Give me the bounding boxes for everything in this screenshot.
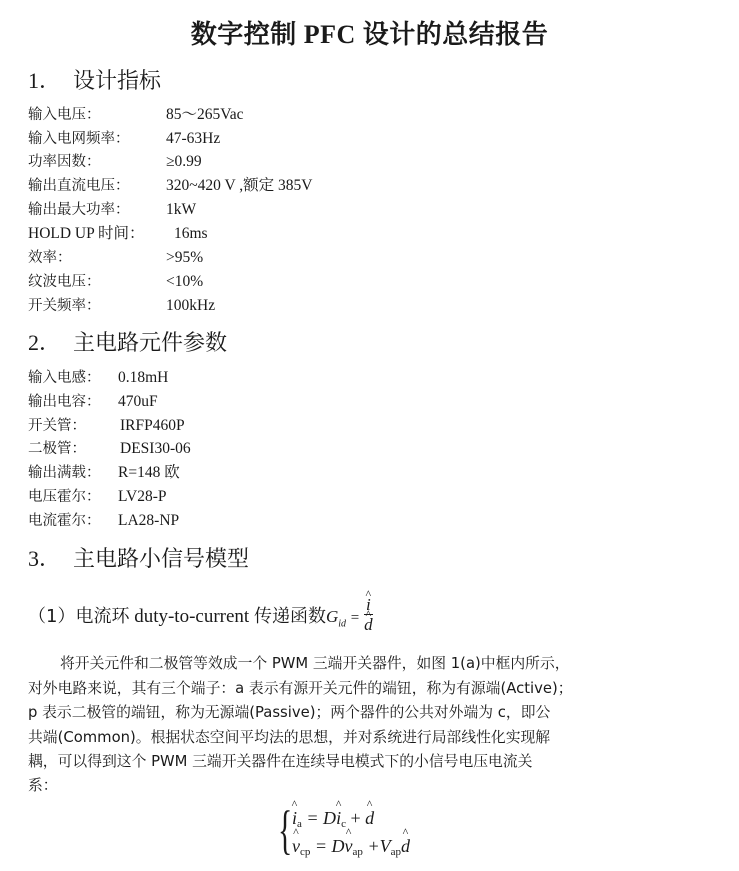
formula-fraction: i d [364, 596, 373, 635]
section2-heading-text: 主电路元件参数 [73, 331, 227, 356]
spec-row: 输入电网频率：47-63Hz [28, 128, 130, 150]
spec-row: 功率因数：≥0.99 [28, 151, 101, 173]
eq1-mid: i [336, 808, 341, 829]
title-zh-part2: 设计的总结报告 [363, 20, 549, 49]
param-value: 0.18mH [118, 367, 168, 389]
formula-equals: = [351, 610, 359, 626]
spec-value: >95% [166, 247, 203, 269]
spec-label: 开关频率： [28, 295, 101, 317]
formula-sub: id [338, 618, 346, 629]
title-zh-part1: 数字控制 [191, 20, 297, 49]
spec-row: 输入电压：85～265Vac [28, 104, 101, 126]
eq2-mid: v [345, 836, 353, 857]
param-row: 二极管：DESI30-06 [28, 438, 86, 460]
spec-row: 效率：>95% [28, 247, 72, 269]
param-value: IRFP460P [120, 415, 185, 437]
param-value: DESI30-06 [120, 438, 191, 460]
eq2-plus: +V [363, 836, 391, 856]
spec-label: 输入电网频率： [28, 128, 130, 150]
param-label: 输出电容： [28, 391, 101, 413]
brace-symbol: { [278, 800, 292, 860]
paragraph-line: 将开关元件和二极管等效成一个 PWM 三端开关器件，如图 1(a)中框内所示， [28, 652, 718, 677]
section2-heading: 2．主电路元件参数 [28, 326, 227, 357]
spec-label: 纹波电压： [28, 271, 101, 293]
spec-row: 纹波电压：<10% [28, 271, 101, 293]
param-row: 输入电感：0.18mH [28, 367, 101, 389]
eq2-lhs: v [292, 836, 300, 857]
document-title: 数字控制 PFC 设计的总结报告 [0, 14, 739, 51]
section3-heading: 3．主电路小信号模型 [28, 542, 249, 573]
spec-row: HOLD UP 时间：16ms [28, 223, 145, 245]
section2-number: 2． [28, 330, 61, 355]
param-row: 输出满载：R=148 欧 [28, 462, 101, 484]
section1-heading-text: 设计指标 [73, 69, 161, 94]
spec-row: 输出直流电压：320~420 V ,额定 385V [28, 175, 130, 197]
subsection-suffix: 传递函数 [254, 606, 326, 627]
spec-value: 16ms [174, 223, 208, 245]
paragraph-text: 系： [28, 777, 58, 794]
paragraph-text: 耦，可以得到这个 PWM 三端开关器件在连续导电模式下的小信号电压电流关 [28, 753, 532, 770]
spec-label: 输出直流电压： [28, 175, 130, 197]
spec-label: 输出最大功率： [28, 199, 130, 221]
paragraph-text: 共端(Common)。根据状态空间平均法的思想，并对系统进行局部线性化实现解 [28, 729, 550, 746]
param-label: 电压霍尔： [28, 486, 101, 508]
title-en-part: PFC [304, 20, 356, 49]
paragraph-line: p 表示二极管的端钮，称为无源端(Passive)；两个器件的公共对外端为 c，… [28, 701, 718, 726]
param-row: 输出电容：470uF [28, 391, 101, 413]
spec-row: 开关频率：100kHz [28, 295, 101, 317]
spec-row: 输出最大功率：1kW [28, 199, 130, 221]
subsection-prefix: （1）电流环 [28, 606, 129, 627]
param-label: 输出满载： [28, 462, 101, 484]
eq2-lhs-sub: cp [300, 846, 310, 858]
spec-label: 功率因数： [28, 151, 101, 173]
equation-2: vcp = Dvap +Vapd [292, 836, 410, 858]
formula-denominator: d [364, 615, 373, 635]
eq1-equals: = D [302, 808, 336, 828]
equation-1: ia = Dic + d [292, 808, 374, 830]
param-label: 二极管： [28, 438, 86, 460]
param-value: 470uF [118, 391, 158, 413]
eq2-end: d [401, 836, 410, 857]
spec-value: 85～265Vac [166, 104, 244, 126]
transfer-function-label: Gid [326, 607, 346, 626]
formula-g: G [326, 607, 338, 626]
param-row: 电流霍尔：LA28-NP [28, 510, 101, 532]
param-value: LA28-NP [118, 510, 179, 532]
section3-heading-text: 主电路小信号模型 [73, 547, 249, 572]
paragraph-line: 耦，可以得到这个 PWM 三端开关器件在连续导电模式下的小信号电压电流关 [28, 750, 718, 775]
spec-label: HOLD UP 时间： [28, 223, 145, 245]
paragraph-text: 将开关元件和二极管等效成一个 PWM 三端开关器件，如图 1(a)中框内所示， [60, 655, 570, 672]
spec-value: 47-63Hz [166, 128, 220, 150]
paragraph-line: 共端(Common)。根据状态空间平均法的思想，并对系统进行局部线性化实现解 [28, 726, 718, 751]
param-value: LV28-P [118, 486, 167, 508]
param-value: R=148 欧 [118, 462, 180, 484]
param-label: 开关管： [28, 415, 86, 437]
section3-number: 3． [28, 546, 61, 571]
paragraph-text: 对外电路来说，其有三个端子：a 表示有源开关元件的端钮，称为有源端(Active… [28, 680, 573, 697]
spec-value: 320~420 V ,额定 385V [166, 175, 312, 197]
subsection-current-loop: （1）电流环 duty-to-current 传递函数Gid = i d [28, 598, 373, 637]
param-row: 电压霍尔：LV28-P [28, 486, 101, 508]
section1-number: 1． [28, 68, 61, 93]
param-row: 开关管：IRFP460P [28, 415, 86, 437]
eq2-equals: = D [310, 836, 344, 856]
spec-value: <10% [166, 271, 203, 293]
eq1-end: d [365, 808, 374, 829]
subsection-en: duty-to-current [134, 606, 249, 627]
spec-value: 1kW [166, 199, 196, 221]
paragraph-line: 对外电路来说，其有三个端子：a 表示有源开关元件的端钮，称为有源端(Active… [28, 677, 718, 702]
spec-value: ≥0.99 [166, 151, 202, 173]
section1-heading: 1．设计指标 [28, 64, 161, 95]
param-label: 输入电感： [28, 367, 101, 389]
document-page: 数字控制 PFC 设计的总结报告 1．设计指标 输入电压：85～265Vac 输… [0, 0, 739, 871]
eq2-mid-sub: ap [353, 846, 363, 858]
spec-label: 输入电压： [28, 104, 101, 126]
param-label: 电流霍尔： [28, 510, 101, 532]
paragraph-line: 系： [28, 774, 718, 799]
paragraph-text: p 表示二极管的端钮，称为无源端(Passive)；两个器件的公共对外端为 c，… [28, 704, 550, 721]
spec-value: 100kHz [166, 295, 215, 317]
spec-label: 效率： [28, 247, 72, 269]
eq2-v-sub: ap [391, 846, 401, 858]
